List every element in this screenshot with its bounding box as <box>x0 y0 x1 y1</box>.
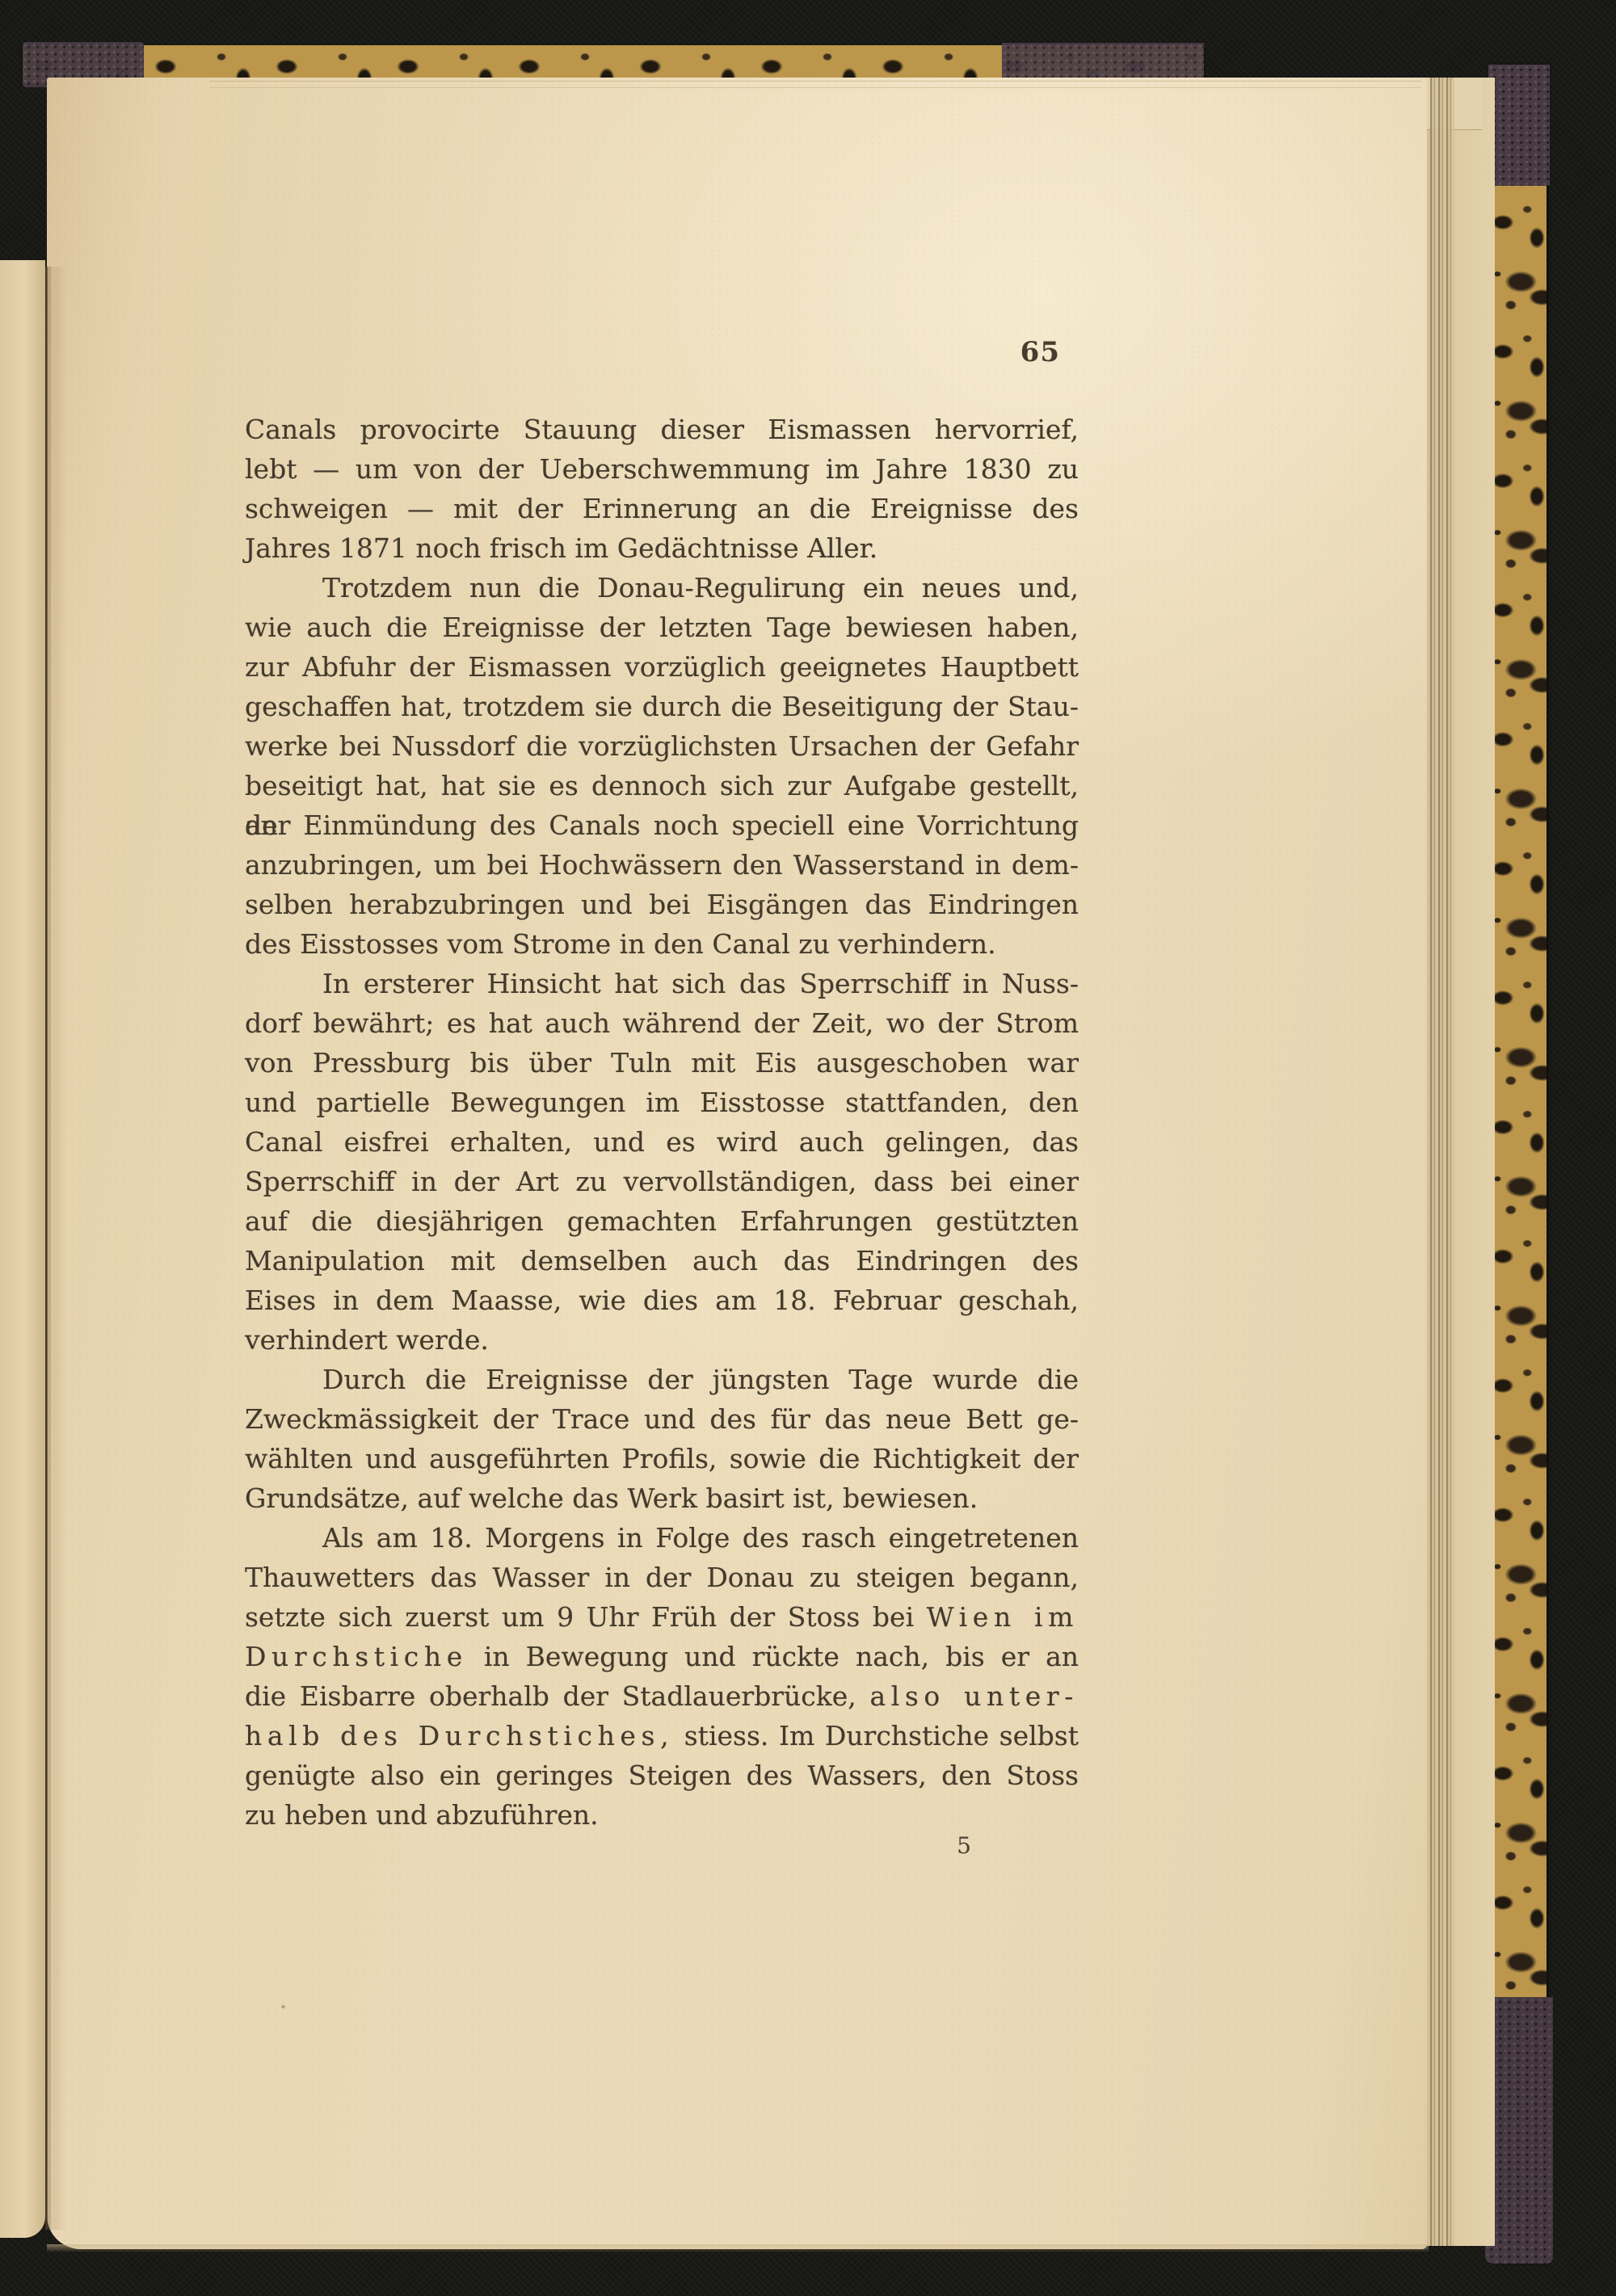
paper-speck <box>361 1653 364 1656</box>
text-segment: Zweckmässigkeit der Trace und des für da… <box>245 1403 1079 1435</box>
text-segment: von Pressburg bis über Tuln mit Eis ausg… <box>245 1047 1079 1079</box>
text-line: Thauwetters das Wasser in der Donau zu s… <box>245 1558 1079 1597</box>
text-segment: Eises in dem Maasse, wie dies am 18. Feb… <box>245 1285 1079 1316</box>
text-segment: Thauwetters das Wasser in der Donau zu s… <box>245 1562 1079 1593</box>
text-line: der Einmündung des Canals noch speciell … <box>245 805 1079 845</box>
page-top-edge-lines <box>210 81 1422 94</box>
text-line: die Eisbarre oberhalb der Stadlauerbrück… <box>245 1676 1079 1716</box>
text-segment: des Eisstosses vom Strome in den Canal z… <box>245 928 996 960</box>
paper-speck <box>281 2005 285 2008</box>
text-line: beseitigt hat, hat sie es dennoch sich z… <box>245 766 1079 805</box>
text-segment: Canals provocirte Stauung dieser Eismass… <box>245 414 1079 445</box>
text-segment: werke bei Nussdorf die vorzüglichsten Ur… <box>245 730 1079 762</box>
text-segment: dorf bewährt; es hat auch während der Ze… <box>245 1007 1079 1039</box>
text-line: Grundsätze, auf welche das Werk basirt i… <box>245 1478 1079 1518</box>
text-segment: Sperrschiff in der Art zu vervollständig… <box>245 1166 1079 1197</box>
text-segment: Grundsätze, auf welche das Werk basirt i… <box>245 1482 978 1514</box>
text-line: Jahres 1871 noch frisch im Gedächtnisse … <box>245 528 1079 568</box>
text-line: des Eisstosses vom Strome in den Canal z… <box>245 924 1079 964</box>
text-segment: die Eisbarre oberhalb der Stadlauerbrück… <box>245 1680 869 1712</box>
text-segment: schweigen — mit der Erinnerung an die Er… <box>245 493 1079 524</box>
text-segment: Jahres 1871 noch frisch im Gedächtnisse … <box>245 532 877 564</box>
text-segment: zur Abfuhr der Eismassen vorzüglich geei… <box>245 651 1079 683</box>
text-line: zur Abfuhr der Eismassen vorzüglich geei… <box>245 647 1079 687</box>
text-segment: Als am 18. Morgens in Folge des rasch ei… <box>322 1522 1079 1554</box>
text-line: Zweckmässigkeit der Trace und des für da… <box>245 1399 1079 1439</box>
text-line: Canal eisfrei erhalten, und es wird auch… <box>245 1122 1079 1162</box>
text-segment: In ersterer Hinsicht hat sich das Sperrs… <box>322 968 1079 999</box>
text-line: verhindert werde. <box>245 1320 1079 1360</box>
letterspaced-text: halb des Durchstiches, <box>245 1720 674 1751</box>
text-line: Durch die Ereignisse der jüngsten Tage w… <box>245 1360 1079 1399</box>
text-segment: wie auch die Ereignisse der letzten Tage… <box>245 612 1079 643</box>
text-segment: lebt — um von der Ueberschwemmung im Jah… <box>245 453 1079 485</box>
text-line: dorf bewährt; es hat auch während der Ze… <box>245 1003 1079 1043</box>
text-segment: und partielle Bewegungen im Eisstosse st… <box>245 1087 1079 1118</box>
signature-mark: 5 <box>921 1832 1007 1859</box>
letterspaced-text: Durchstiche <box>245 1641 468 1672</box>
text-line: setzte sich zuerst um 9 Uhr Früh der Sto… <box>245 1597 1079 1637</box>
text-segment: auf die diesjährigen gemachten Erfahrung… <box>245 1205 1079 1237</box>
page-number: 65 <box>937 336 1060 368</box>
text-segment: selben herabzubringen und bei Eisgängen … <box>245 889 1079 920</box>
text-line: wählten und ausgeführten Profils, sowie … <box>245 1439 1079 1478</box>
text-segment: in Bewegung und rückte nach, bis er an <box>468 1641 1079 1672</box>
text-line: Manipulation mit demselben auch das Eind… <box>245 1241 1079 1280</box>
book-cover-fore-edge <box>1493 65 1547 2264</box>
text-line: genügte also ein geringes Steigen des Wa… <box>245 1756 1079 1795</box>
text-line: anzubringen, um bei Hochwässern den Wass… <box>245 845 1079 885</box>
text-line: zu heben und abzuführen. <box>245 1795 1079 1835</box>
text-line: Eises in dem Maasse, wie dies am 18. Feb… <box>245 1280 1079 1320</box>
page-leaf-lines <box>1430 78 1454 2246</box>
text-line: geschaffen hat, trotzdem sie durch die B… <box>245 687 1079 726</box>
text-line: Canals provocirte Stauung dieser Eismass… <box>245 410 1079 449</box>
text-segment: genügte also ein geringes Steigen des Wa… <box>245 1760 1079 1791</box>
text-line: halb des Durchstiches, stiess. Im Durchs… <box>245 1716 1079 1756</box>
text-segment: geschaffen hat, trotzdem sie durch die B… <box>245 691 1079 722</box>
text-line: selben herabzubringen und bei Eisgängen … <box>245 885 1079 924</box>
text-segment: setzte sich zuerst um 9 Uhr Früh der Sto… <box>245 1601 927 1633</box>
text-line: Durchstiche in Bewegung und rückte nach,… <box>245 1637 1079 1676</box>
text-segment: stiess. Im Durchstiche selbst <box>674 1720 1079 1751</box>
text-line: In ersterer Hinsicht hat sich das Sperrs… <box>245 964 1079 1003</box>
gutter-shadow <box>45 267 66 2230</box>
text-segment: zu heben und abzuführen. <box>245 1799 599 1831</box>
text-line: lebt — um von der Ueberschwemmung im Jah… <box>245 449 1079 489</box>
text-line: Als am 18. Morgens in Folge des rasch ei… <box>245 1518 1079 1558</box>
text-segment: verhindert werde. <box>245 1324 489 1356</box>
text-segment: der Einmündung des Canals noch speciell … <box>245 809 1079 841</box>
text-line: Sperrschiff in der Art zu vervollständig… <box>245 1162 1079 1201</box>
text-line: schweigen — mit der Erinnerung an die Er… <box>245 489 1079 528</box>
text-line: Trotzdem nun die Donau-Regulirung ein ne… <box>245 568 1079 608</box>
text-segment: wählten und ausgeführten Profils, sowie … <box>245 1443 1079 1474</box>
text-segment: Canal eisfrei erhalten, und es wird auch… <box>245 1126 1079 1158</box>
text-segment: Trotzdem nun die Donau-Regulirung ein ne… <box>322 572 1079 603</box>
text-line: und partielle Bewegungen im Eisstosse st… <box>245 1083 1079 1122</box>
text-segment: Durch die Ereignisse der jüngsten Tage w… <box>322 1364 1079 1395</box>
text-segment: anzubringen, um bei Hochwässern den Wass… <box>245 849 1079 881</box>
letterspaced-text: Wien im <box>927 1601 1079 1633</box>
page-bottom-shadow <box>47 2244 1429 2252</box>
text-block: Canals provocirte Stauung dieser Eismass… <box>245 410 1079 1835</box>
text-line: werke bei Nussdorf die vorzüglichsten Ur… <box>245 726 1079 766</box>
letterspaced-text: also unter- <box>869 1680 1079 1712</box>
facing-page-sliver <box>0 260 45 2238</box>
text-line: wie auch die Ereignisse der letzten Tage… <box>245 608 1079 647</box>
page-stack-fore-edge <box>1425 78 1495 2246</box>
text-segment: Manipulation mit demselben auch das Eind… <box>245 1245 1079 1276</box>
text-line: auf die diesjährigen gemachten Erfahrung… <box>245 1201 1079 1241</box>
text-line: von Pressburg bis über Tuln mit Eis ausg… <box>245 1043 1079 1083</box>
